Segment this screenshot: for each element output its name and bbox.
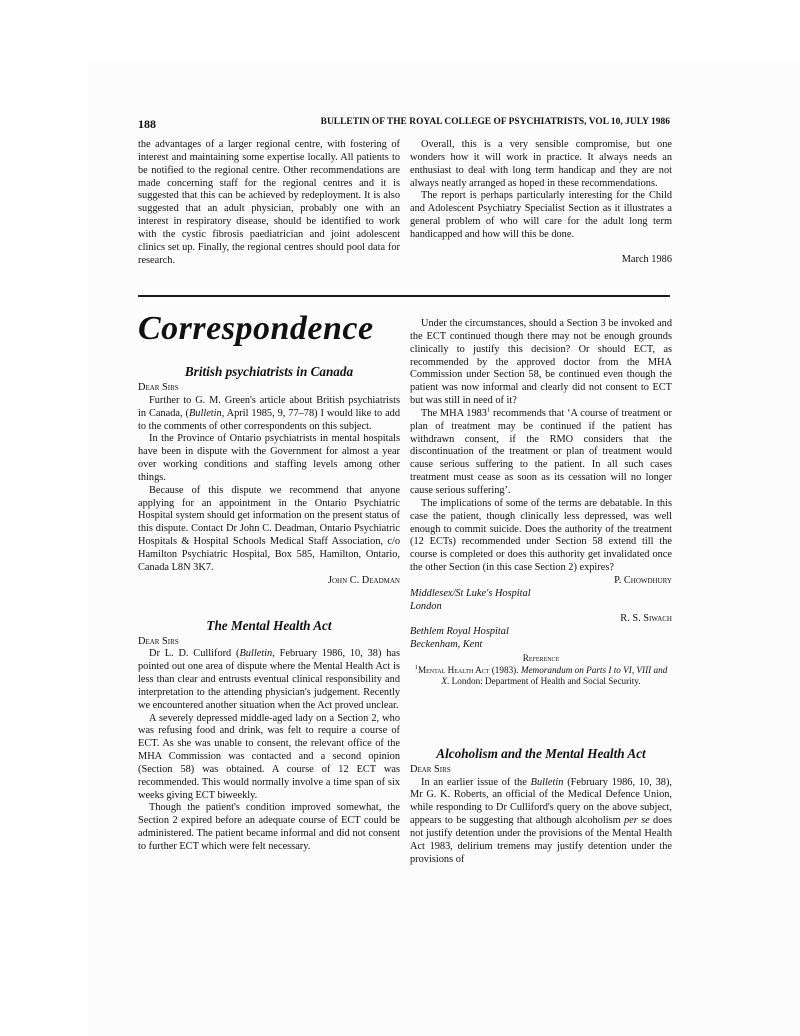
paragraph: the advantages of a larger regional cent…	[138, 139, 400, 267]
letter-title: The Mental Health Act	[138, 618, 400, 633]
page-number: 188	[138, 117, 156, 132]
running-title: BULLETIN OF THE ROYAL COLLEGE OF PSYCHIA…	[321, 117, 670, 127]
section-title: Correspondence	[138, 310, 374, 348]
letters-left-column: British psychiatrists in Canada Dear Sir…	[138, 364, 400, 854]
affiliation: Beckenham, Kent	[410, 639, 672, 652]
letter-title: Alcoholism and the Mental Health Act	[410, 746, 672, 761]
continued-article-left: the advantages of a larger regional cent…	[138, 139, 400, 267]
signature: P. Chowdhury	[410, 575, 672, 588]
paragraph: The implications of some of the terms ar…	[410, 498, 672, 575]
affiliation: Bethlem Royal Hospital	[410, 626, 672, 639]
salutation: Dear Sirs	[410, 764, 672, 777]
paragraph: The MHA 19831 recommends that ‘A course …	[410, 408, 672, 498]
paragraph: The report is perhaps particularly inter…	[410, 190, 672, 241]
signature: John C. Deadman	[138, 575, 400, 588]
salutation: Dear Sirs	[138, 382, 400, 395]
letter-title: British psychiatrists in Canada	[138, 364, 400, 379]
affiliation: Middlesex/St Luke's Hospital	[410, 588, 672, 601]
paragraph: A severely depressed middle-aged lady on…	[138, 713, 400, 803]
reference-heading: Reference	[410, 652, 672, 665]
paragraph: Overall, this is a very sensible comprom…	[410, 139, 672, 190]
paragraph: Further to G. M. Green's article about B…	[138, 395, 400, 434]
reference-entry: 1Mental Health Act (1983). Memorandum on…	[410, 665, 672, 688]
paragraph: Because of this dispute we recommend tha…	[138, 485, 400, 575]
article-date: March 1986	[410, 254, 672, 267]
paragraph: In the Province of Ontario psychiatrists…	[138, 433, 400, 484]
section-divider	[138, 295, 670, 297]
paragraph: In an earlier issue of the Bulletin (Feb…	[410, 777, 672, 867]
signature: R. S. Siwach	[410, 613, 672, 626]
paragraph: Though the patient's condition improved …	[138, 802, 400, 853]
paragraph: Dr L. D. Culliford (Bulletin, February 1…	[138, 648, 400, 712]
continued-article-right: Overall, this is a very sensible comprom…	[410, 139, 672, 267]
letters-right-column: Under the circumstances, should a Sectio…	[410, 318, 672, 867]
salutation: Dear Sirs	[138, 636, 400, 649]
paragraph: Under the circumstances, should a Sectio…	[410, 318, 672, 408]
affiliation: London	[410, 601, 672, 614]
